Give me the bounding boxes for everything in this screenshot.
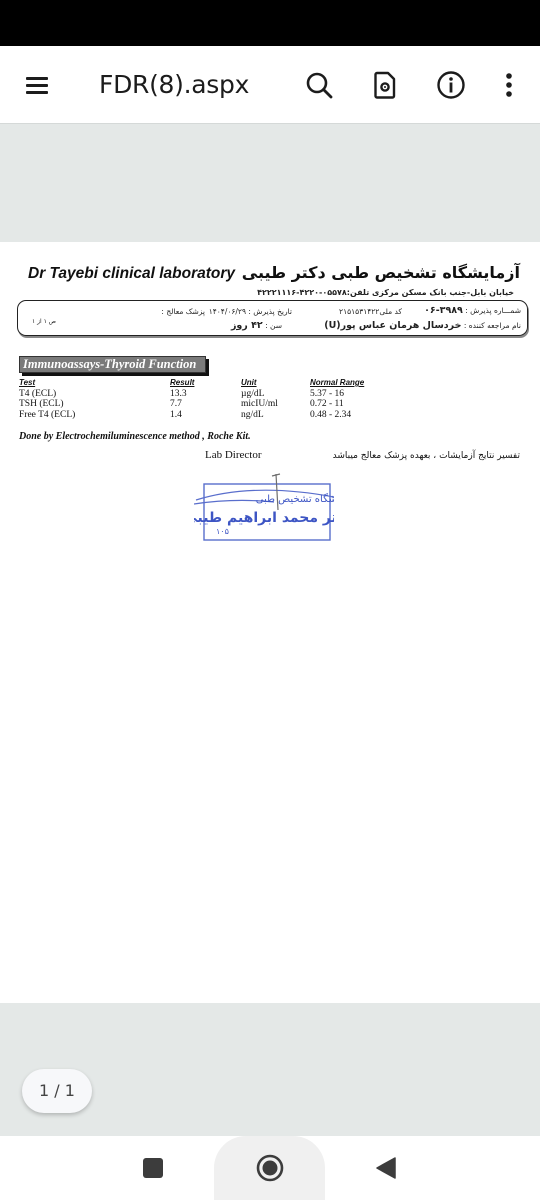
table-row: T4 (ECL)13.3µg/dL5.37 - 16 — [19, 389, 419, 400]
table-row: Free T4 (ECL)1.4ng/dL0.48 - 2.34 — [19, 410, 419, 421]
lab-name-fa: آزمایشگاه تشخیص طبی دکتر طیبی — [242, 263, 520, 282]
menu-icon[interactable] — [24, 73, 52, 97]
svg-text:۱۰۵: ۱۰۵ — [216, 527, 229, 536]
patient-age: سن : ۴۲ روز — [231, 320, 282, 331]
app-bar: FDR(8).aspx — [0, 46, 540, 124]
lab-name-en: Dr Tayebi clinical laboratory — [28, 265, 235, 283]
lab-director-label: Lab Director — [205, 449, 262, 461]
pdf-page: Dr Tayebi clinical laboratory آزمایشگاه … — [0, 242, 540, 1003]
method-note: Done by Electrochemiluminescence method … — [19, 431, 251, 442]
reception-no: شمـــاره پذیرش : ۳۹۸۹-۰۶ — [424, 305, 521, 316]
svg-text:دکتر محمد ابراهیم طیبی: دکتر محمد ابراهیم طیبی — [194, 510, 334, 526]
document-settings-icon[interactable] — [366, 66, 404, 104]
patient-info-box: شمـــاره پذیرش : ۳۹۸۹-۰۶ کد ملی۲۱۵۱۵۳۱۴۲… — [17, 300, 528, 336]
table-header: Test Result Unit Normal Range — [19, 378, 419, 389]
table-row: TSH (ECL)7.7micIU/ml0.72 - 11 — [19, 399, 419, 410]
pdf-viewer[interactable]: Dr Tayebi clinical laboratory آزمایشگاه … — [0, 124, 540, 1136]
document-title: FDR(8).aspx — [99, 70, 249, 99]
back-button[interactable] — [375, 1156, 397, 1180]
physician: پزشک معالج : — [161, 307, 205, 316]
interpretation-note: تفسیر نتایج آزمایشات ، بعهده پزشک معالج … — [333, 451, 520, 461]
lab-stamp: آزمایشگاه تشخیص طبی دکتر محمد ابراهیم طی… — [194, 470, 334, 545]
info-icon[interactable] — [432, 66, 470, 104]
referrer-name: نام مراجعه کننده : خردسال هرمان عباس پور… — [324, 320, 521, 331]
status-bar — [0, 0, 540, 46]
page-of: ص ۱ از ۱ — [32, 318, 56, 325]
lab-address: خیابان بابل-جنب بانک مسکن مرکزی تلفن:۰۵۵… — [257, 288, 514, 297]
home-button[interactable] — [256, 1154, 284, 1182]
national-code: کد ملی۲۱۵۱۵۳۱۴۲۲ — [339, 307, 402, 316]
section-title: Immunoassays-Thyroid Function — [19, 356, 206, 373]
search-icon[interactable] — [300, 66, 338, 104]
recents-button[interactable] — [143, 1158, 163, 1178]
page-indicator: 1 / 1 — [22, 1069, 92, 1113]
svg-text:آزمایشگاه تشخیص طبی: آزمایشگاه تشخیص طبی — [256, 492, 334, 505]
navigation-bar — [0, 1136, 540, 1200]
more-vert-icon[interactable] — [490, 66, 528, 104]
reception-date: تاریخ پذیرش : ۱۴۰۴/۰۶/۲۹ — [209, 307, 292, 316]
results-table: Test Result Unit Normal Range T4 (ECL)13… — [19, 378, 419, 420]
